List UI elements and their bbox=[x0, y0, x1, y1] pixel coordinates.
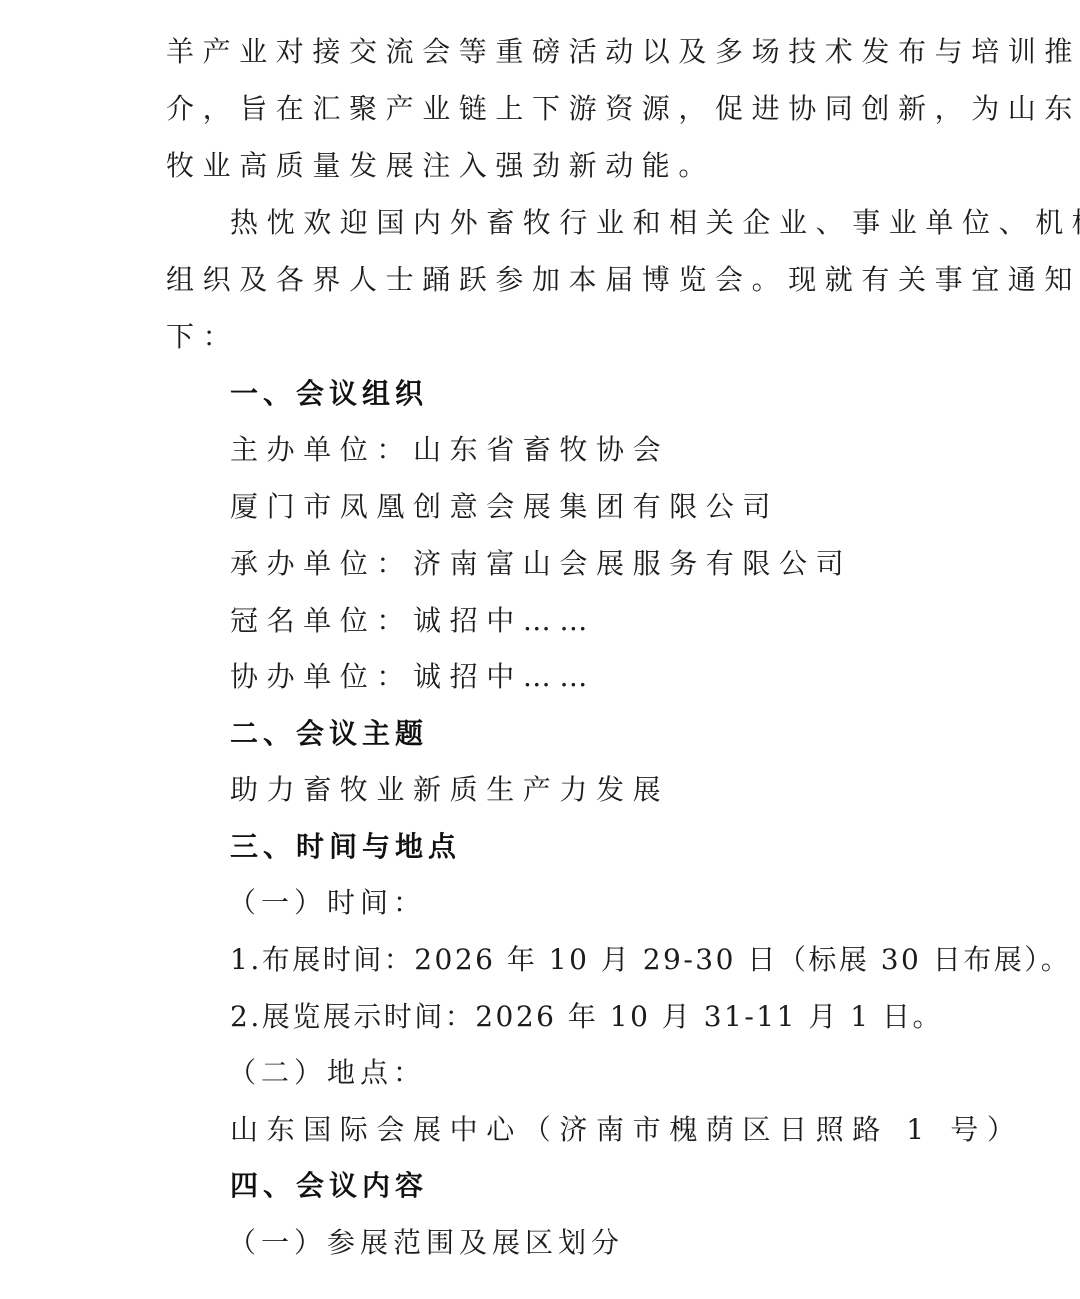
section-3-heading: 三、时间与地点 bbox=[230, 827, 461, 867]
intro-line-2: 介，旨在汇聚产业链上下游资源，促进协同创新，为山东畜 bbox=[166, 89, 1080, 129]
organizer-co-organizer: 协办单位：诚招中…… bbox=[230, 657, 596, 697]
venue-address: 山东国际会展中心（济南市槐荫区日照路 1 号） bbox=[230, 1110, 1023, 1150]
exhibition-time: 2.展览展示时间：2026 年 10 月 31-11 月 1 日。 bbox=[230, 997, 943, 1037]
welcome-line-2: 组织及各界人士踊跃参加本届博览会。现就有关事宜通知如 bbox=[166, 260, 1080, 300]
intro-line-3: 牧业高质量发展注入强劲新动能。 bbox=[166, 146, 715, 186]
welcome-line-1: 热忱欢迎国内外畜牧行业和相关企业、事业单位、机构 bbox=[230, 203, 1080, 243]
welcome-line-3: 下： bbox=[166, 317, 239, 357]
section-1-heading: 一、会议组织 bbox=[230, 374, 428, 414]
place-subheading: （二）地点： bbox=[228, 1053, 426, 1093]
organizer-title-sponsor: 冠名单位：诚招中…… bbox=[230, 601, 596, 641]
section-4-heading: 四、会议内容 bbox=[230, 1166, 428, 1206]
section-2-heading: 二、会议主题 bbox=[230, 714, 428, 754]
time-subheading: （一）时间： bbox=[228, 883, 426, 923]
organizer-co-host: 厦门市凤凰创意会展集团有限公司 bbox=[230, 487, 779, 527]
theme-text: 助力畜牧业新质生产力发展 bbox=[230, 770, 669, 810]
document-page: 羊产业对接交流会等重磅活动以及多场技术发布与培训推 介，旨在汇聚产业链上下游资源… bbox=[0, 0, 1080, 1299]
organizer-undertaker: 承办单位：济南富山会展服务有限公司 bbox=[230, 544, 852, 584]
section-4-subheading: （一）参展范围及展区划分 bbox=[228, 1223, 624, 1263]
organizer-host: 主办单位：山东省畜牧协会 bbox=[230, 430, 669, 470]
setup-time: 1.布展时间：2026 年 10 月 29-30 日（标展 30 日布展）。 bbox=[230, 940, 1071, 980]
intro-line-1: 羊产业对接交流会等重磅活动以及多场技术发布与培训推 bbox=[166, 32, 1080, 72]
